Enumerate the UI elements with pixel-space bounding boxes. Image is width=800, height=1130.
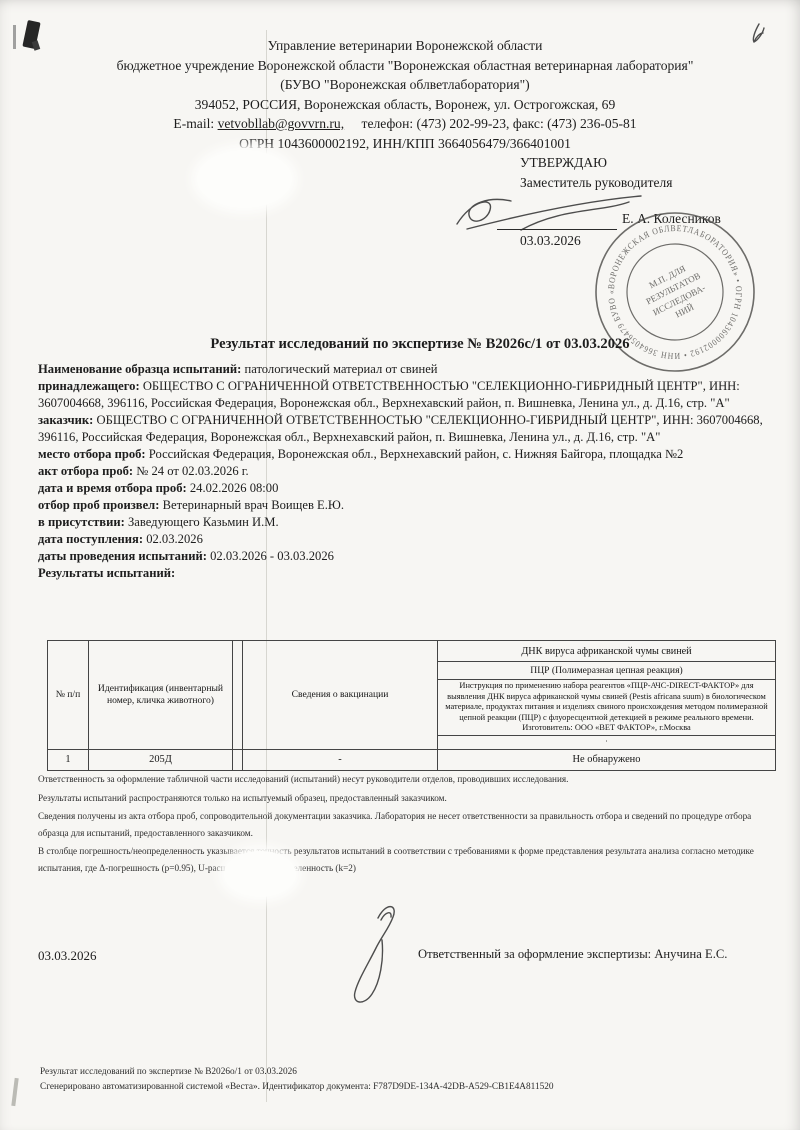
results-heading: Результаты испытаний: [38,565,775,582]
field-label: дата поступления: [38,532,143,546]
org-parent-name: Управление ветеринарии Воронежской облас… [55,36,755,56]
executor-signature [338,898,418,1010]
footnote: Результаты испытаний распространяются то… [38,790,775,807]
field-label: акт отбора проб: [38,464,133,478]
document-footer: Результат исследований по экспертизе № В… [40,1065,554,1095]
letterhead: Управление ветеринарии Воронежской облас… [55,36,755,153]
field-row: в присутствии: Заведующего Казьмин И.М. [38,514,775,531]
footer-generated-by: Сгенерировано автоматизированной системо… [40,1080,554,1095]
col-header-number: № п/п [48,641,89,750]
signoff-label: Ответственный за оформление экспертизы: … [418,947,727,962]
field-label: даты проведения испытаний: [38,549,207,563]
field-label: принадлежащего: [38,379,140,393]
org-address: 394052, РОССИЯ, Воронежская область, Вор… [55,95,755,115]
field-row: заказчик: ОБЩЕСТВО С ОГРАНИЧЕННОЙ ОТВЕТС… [38,412,775,446]
footnote: Ответственность за оформление табличной … [38,771,775,788]
field-row: место отбора проб: Российская Федерация,… [38,446,775,463]
field-row: дата и время отбора проб: 24.02.2026 08:… [38,480,775,497]
table-row: 1 205Д - Не обнаружено [48,749,776,770]
field-value: Ветеринарный врач Воищев Е.Ю. [163,498,344,512]
scan-edge-artifact [32,40,40,50]
subheader-dot-cell: · [438,735,776,749]
field-row: Наименование образца испытаний: патологи… [38,361,775,378]
row-number-cell: 1 [48,749,89,770]
scan-edge-artifact [13,25,16,49]
method-instruction-cell: Инструкция по применению набора реагенто… [438,680,776,736]
org-contacts-line: E-mail: vetvobllab@govvrn.ru, телефон: (… [55,114,755,134]
field-value: ОБЩЕСТВО С ОГРАНИЧЕННОЙ ОТВЕТСТВЕННОСТЬЮ… [38,413,763,444]
field-row: дата поступления: 02.03.2026 [38,531,775,548]
field-label: в присутствии: [38,515,125,529]
row-id-cell: 205Д [89,749,233,770]
sample-info-block: Наименование образца испытаний: патологи… [38,361,775,582]
field-label: отбор проб произвел: [38,498,159,512]
org-short-name: (БУВО "Воронежская облветлаборатория") [55,75,755,95]
org-ogrn-inn: ОГРН 1043600002192, ИНН/КПП 3664056479/3… [55,134,755,154]
field-value: 24.02.2026 08:00 [190,481,279,495]
org-full-name: бюджетное учреждение Воронежской области… [55,56,755,76]
field-row: акт отбора проб: № 24 от 02.03.2026 г. [38,463,775,480]
signoff-date: 03.03.2026 [38,948,97,964]
document-title: Результат исследований по экспертизе № В… [55,336,785,353]
scanned-document-page: Управление ветеринарии Воронежской облас… [0,0,800,1130]
correction-blotch [197,150,292,208]
test-name-cell: ДНК вируса африканской чумы свиней [438,641,776,662]
field-value: ОБЩЕСТВО С ОГРАНИЧЕННОЙ ОТВЕТСТВЕННОСТЬЮ… [38,379,740,410]
row-vaccination-cell: - [243,749,438,770]
col-header-empty [233,641,243,750]
col-header-identification: Идентификация (инвентарный номер, кличка… [89,641,233,750]
field-label: место отбора проб: [38,447,146,461]
field-row: отбор проб произвел: Ветеринарный врач В… [38,497,775,514]
field-label: Наименование образца испытаний: [38,362,241,376]
field-value: 02.03.2026 - 03.03.2026 [210,549,334,563]
email-label: E-mail: [173,116,214,131]
email-address: vetvobllab@govvrn.ru, [218,116,345,131]
footnote: Сведения получены из акта отбора проб, с… [38,808,775,841]
footer-expertise-ref: Результат исследований по экспертизе № В… [40,1065,554,1080]
phone-fax: телефон: (473) 202-99-23, факс: (473) 23… [362,116,637,131]
field-label: дата и время отбора проб: [38,481,187,495]
footnotes-block: Ответственность за оформление табличной … [38,771,775,878]
field-row: даты проведения испытаний: 02.03.2026 - … [38,548,775,565]
row-empty-cell [233,749,243,770]
col-header-vaccination: Сведения о вакцинации [243,641,438,750]
table-header-row: № п/п Идентификация (инвентарный номер, … [48,641,776,662]
field-label: заказчик: [38,413,93,427]
approve-word: УТВЕРЖДАЮ [520,155,607,171]
correction-blotch [224,851,296,897]
field-value: № 24 от 02.03.2026 г. [136,464,248,478]
field-value: 02.03.2026 [146,532,203,546]
footnote: В столбце погрешность/неопределенность у… [38,843,775,876]
method-cell: ПЦР (Полимеразная цепная реакция) [438,662,776,680]
field-value: патологический материал от свиней [244,362,437,376]
round-stamp-seal: БУВО «ВОРОНЕЖСКАЯ ОБЛВЕТЛАБОРАТОРИЯ» • О… [572,208,784,380]
field-value: Заведующего Казьмин И.М. [128,515,279,529]
field-value: Российская Федерация, Воронежская обл., … [149,447,684,461]
scan-edge-artifact [11,1078,18,1106]
results-table: № п/п Идентификация (инвентарный номер, … [47,640,776,771]
row-result-cell: Не обнаружено [438,749,776,770]
field-row: принадлежащего: ОБЩЕСТВО С ОГРАНИЧЕННОЙ … [38,378,775,412]
